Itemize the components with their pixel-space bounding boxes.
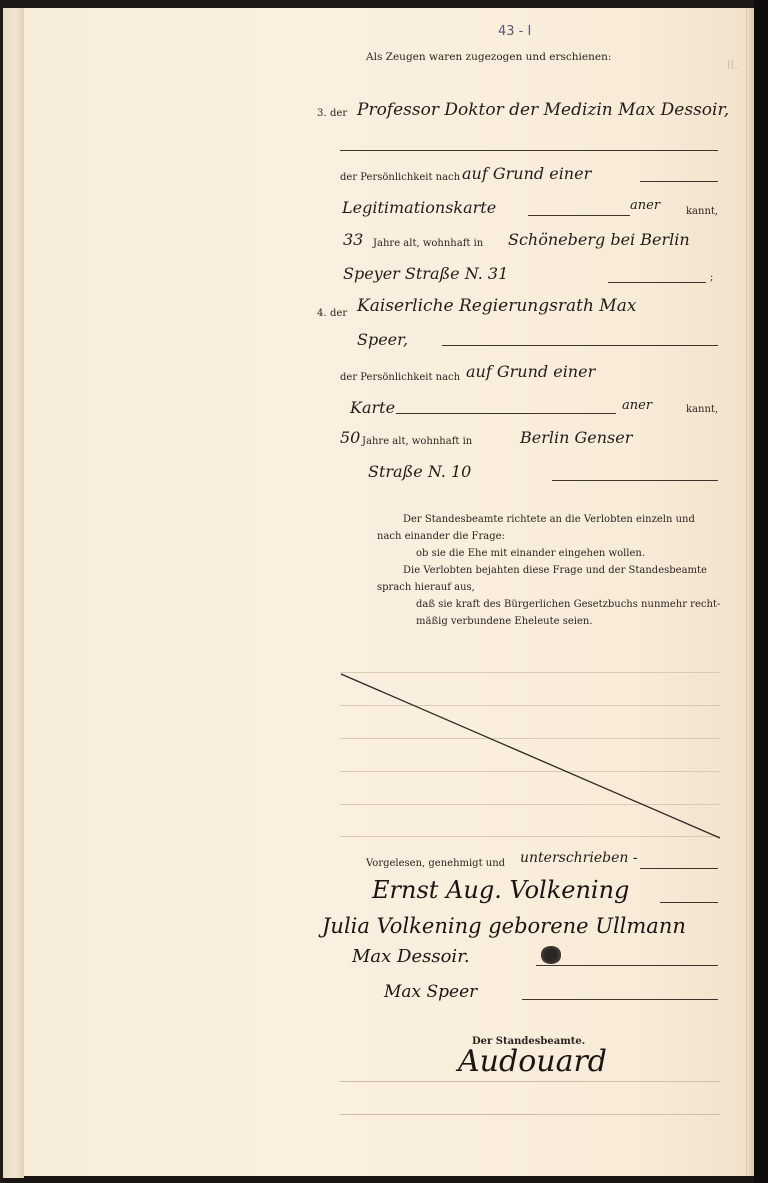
signature-witness-3: Max Dessoir.	[352, 946, 470, 967]
strikethrough-line	[0, 0, 768, 1183]
signature-groom: Ernst Aug. Volkening	[372, 876, 629, 904]
blank-rule	[340, 1114, 720, 1115]
rule	[660, 902, 718, 903]
blank-rule	[340, 1081, 720, 1082]
closing-label: Vorgelesen, genehmigt und	[366, 858, 505, 869]
rule	[640, 868, 718, 869]
signature-bride: Julia Volkening geborene Ullmann	[322, 914, 686, 938]
ink-blot	[540, 946, 562, 964]
signature-witness-4: Max Speer	[384, 982, 477, 1002]
closing-value: unterschrieben -	[520, 850, 638, 866]
registrar-signature: Audouard	[458, 1044, 607, 1079]
rule	[536, 965, 718, 966]
rule	[522, 999, 718, 1000]
